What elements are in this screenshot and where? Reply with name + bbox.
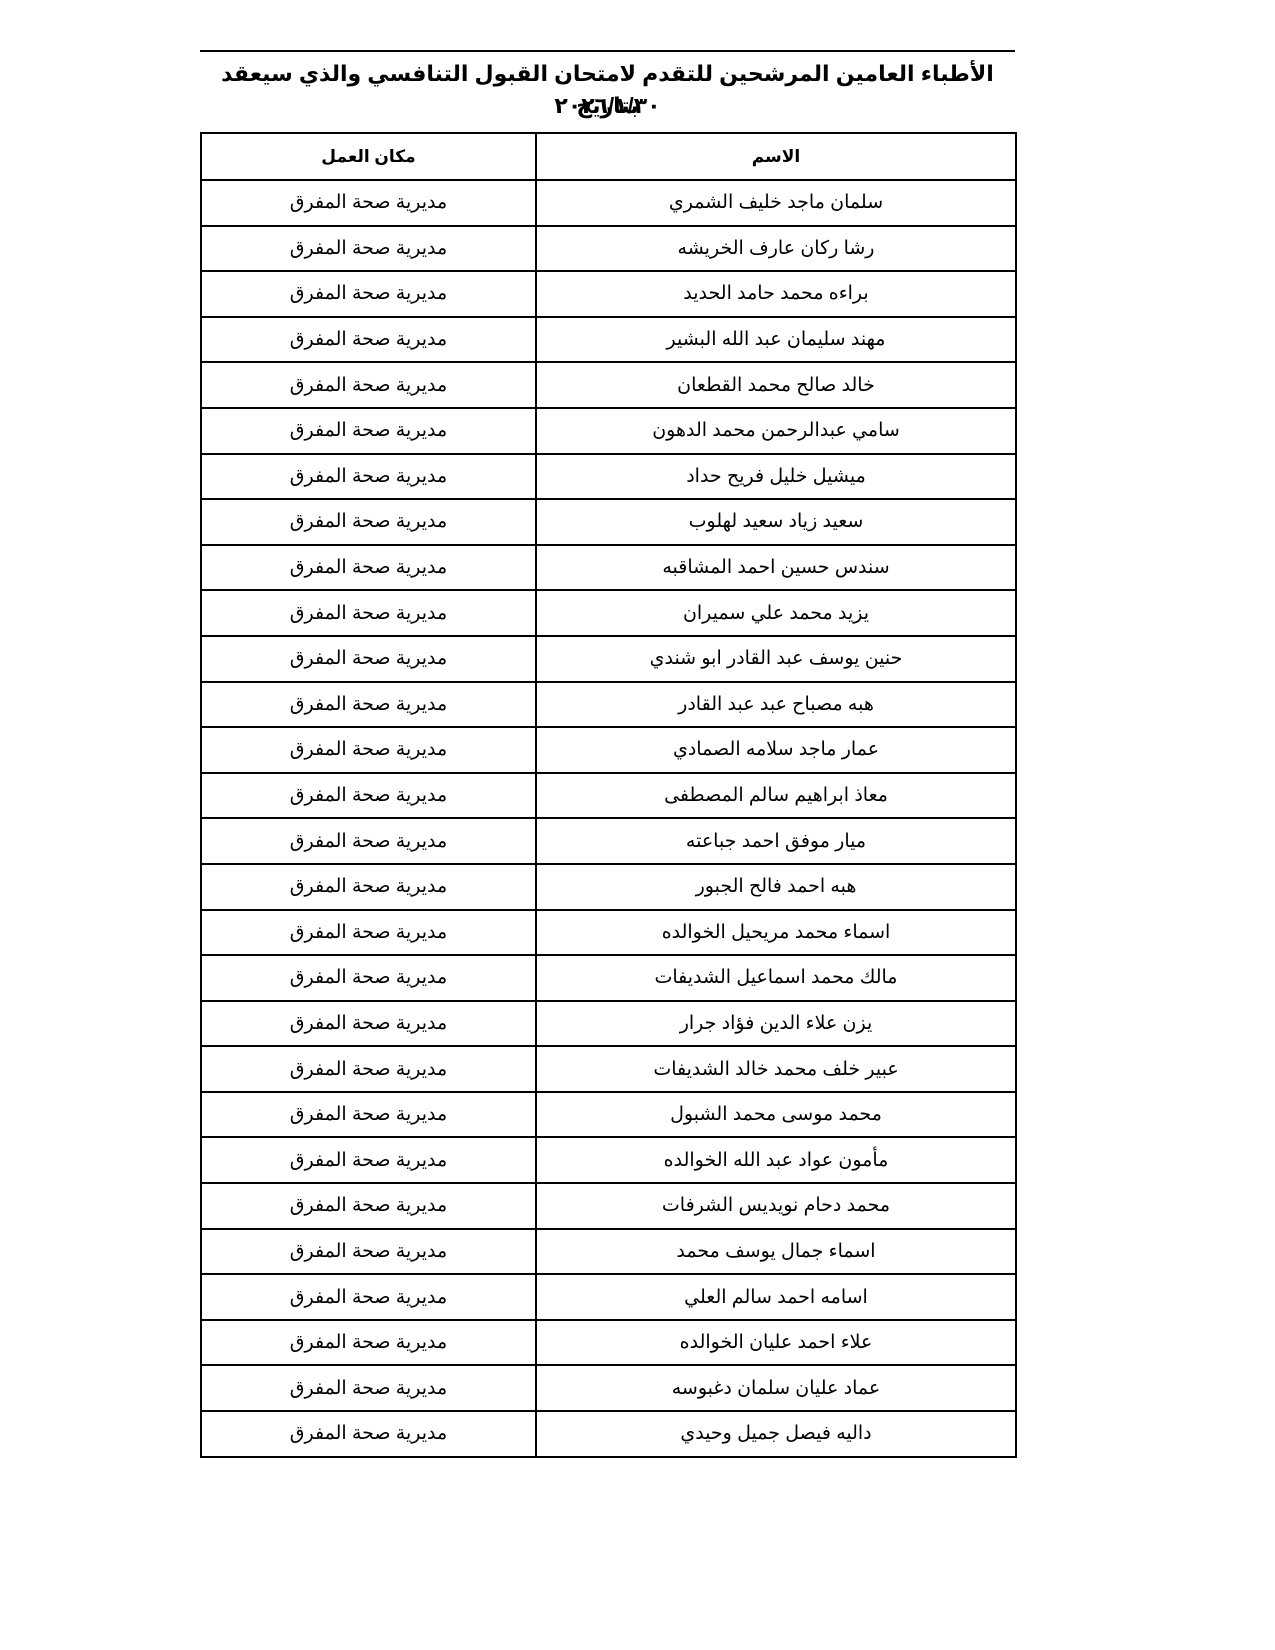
candidates-table: الاسم مكان العمل سلمان ماجد خليف الشمريم… <box>200 132 1017 1458</box>
cell-name: عماد عليان سلمان دغبوسه <box>536 1365 1016 1411</box>
cell-workplace: مديرية صحة المفرق <box>201 1046 536 1092</box>
document-title-date: ٢٠٢٦/١/٣٠ <box>200 90 1015 122</box>
table-row: اسامه احمد سالم العليمديرية صحة المفرق <box>201 1274 1016 1320</box>
cell-name: ميار موفق احمد جباعته <box>536 818 1016 864</box>
table-row: سامي عبدالرحمن محمد الدهونمديرية صحة الم… <box>201 408 1016 454</box>
cell-workplace: مديرية صحة المفرق <box>201 1274 536 1320</box>
cell-workplace: مديرية صحة المفرق <box>201 1411 536 1457</box>
cell-name: اسامه احمد سالم العلي <box>536 1274 1016 1320</box>
cell-name: رشا ركان عارف الخريشه <box>536 226 1016 272</box>
table-row: خالد صالح محمد القطعانمديرية صحة المفرق <box>201 362 1016 408</box>
cell-workplace: مديرية صحة المفرق <box>201 545 536 591</box>
cell-name: مالك محمد اسماعيل الشديفات <box>536 955 1016 1001</box>
cell-name: اسماء محمد مريحيل الخوالده <box>536 910 1016 956</box>
table-row: سلمان ماجد خليف الشمريمديرية صحة المفرق <box>201 180 1016 226</box>
table-row: ميار موفق احمد جباعتهمديرية صحة المفرق <box>201 818 1016 864</box>
cell-workplace: مديرية صحة المفرق <box>201 1137 536 1183</box>
table-row: اسماء جمال يوسف محمدمديرية صحة المفرق <box>201 1229 1016 1275</box>
table-row: يزن علاء الدين فؤاد جرارمديرية صحة المفر… <box>201 1001 1016 1047</box>
cell-workplace: مديرية صحة المفرق <box>201 682 536 728</box>
top-divider <box>200 50 1015 52</box>
cell-name: ميشيل خليل فريح حداد <box>536 454 1016 500</box>
cell-workplace: مديرية صحة المفرق <box>201 590 536 636</box>
table-row: مهند سليمان عبد الله البشيرمديرية صحة ال… <box>201 317 1016 363</box>
table-row: داليه فيصل جميل وحيديمديرية صحة المفرق <box>201 1411 1016 1457</box>
cell-workplace: مديرية صحة المفرق <box>201 636 536 682</box>
column-header-workplace: مكان العمل <box>201 133 536 180</box>
cell-name: خالد صالح محمد القطعان <box>536 362 1016 408</box>
table-row: سندس حسين احمد المشاقبهمديرية صحة المفرق <box>201 545 1016 591</box>
cell-name: يزن علاء الدين فؤاد جرار <box>536 1001 1016 1047</box>
table-row: محمد دحام نويديس الشرفاتمديرية صحة المفر… <box>201 1183 1016 1229</box>
cell-name: داليه فيصل جميل وحيدي <box>536 1411 1016 1457</box>
table-row: هبه مصباح عبد عبد القادرمديرية صحة المفر… <box>201 682 1016 728</box>
table-row: ميشيل خليل فريح حدادمديرية صحة المفرق <box>201 454 1016 500</box>
cell-name: محمد دحام نويديس الشرفات <box>536 1183 1016 1229</box>
cell-workplace: مديرية صحة المفرق <box>201 910 536 956</box>
table-row: يزيد محمد علي سميرانمديرية صحة المفرق <box>201 590 1016 636</box>
cell-workplace: مديرية صحة المفرق <box>201 1092 536 1138</box>
table-row: اسماء محمد مريحيل الخوالدهمديرية صحة الم… <box>201 910 1016 956</box>
cell-workplace: مديرية صحة المفرق <box>201 773 536 819</box>
table-row: عماد عليان سلمان دغبوسهمديرية صحة المفرق <box>201 1365 1016 1411</box>
cell-workplace: مديرية صحة المفرق <box>201 180 536 226</box>
table-row: سعيد زياد سعيد لهلوبمديرية صحة المفرق <box>201 499 1016 545</box>
table-header-row: الاسم مكان العمل <box>201 133 1016 180</box>
table-row: براءه محمد حامد الحديدمديرية صحة المفرق <box>201 271 1016 317</box>
cell-name: سعيد زياد سعيد لهلوب <box>536 499 1016 545</box>
cell-workplace: مديرية صحة المفرق <box>201 271 536 317</box>
cell-name: هبه احمد فالح الجبور <box>536 864 1016 910</box>
table-row: علاء احمد عليان الخوالدهمديرية صحة المفر… <box>201 1320 1016 1366</box>
cell-workplace: مديرية صحة المفرق <box>201 1365 536 1411</box>
cell-workplace: مديرية صحة المفرق <box>201 1001 536 1047</box>
cell-name: معاذ ابراهيم سالم المصطفى <box>536 773 1016 819</box>
table-row: معاذ ابراهيم سالم المصطفىمديرية صحة المف… <box>201 773 1016 819</box>
table-row: هبه احمد فالح الجبورمديرية صحة المفرق <box>201 864 1016 910</box>
cell-workplace: مديرية صحة المفرق <box>201 727 536 773</box>
cell-workplace: مديرية صحة المفرق <box>201 499 536 545</box>
cell-workplace: مديرية صحة المفرق <box>201 1320 536 1366</box>
cell-name: هبه مصباح عبد عبد القادر <box>536 682 1016 728</box>
cell-name: اسماء جمال يوسف محمد <box>536 1229 1016 1275</box>
cell-workplace: مديرية صحة المفرق <box>201 226 536 272</box>
table-row: حنين يوسف عبد القادر ابو شنديمديرية صحة … <box>201 636 1016 682</box>
table-row: مأمون عواد عبد الله الخوالدهمديرية صحة ا… <box>201 1137 1016 1183</box>
cell-workplace: مديرية صحة المفرق <box>201 408 536 454</box>
table-row: عمار ماجد سلامه الصماديمديرية صحة المفرق <box>201 727 1016 773</box>
table-row: رشا ركان عارف الخريشهمديرية صحة المفرق <box>201 226 1016 272</box>
cell-name: يزيد محمد علي سميران <box>536 590 1016 636</box>
table-row: مالك محمد اسماعيل الشديفاتمديرية صحة الم… <box>201 955 1016 1001</box>
cell-name: سلمان ماجد خليف الشمري <box>536 180 1016 226</box>
cell-name: مهند سليمان عبد الله البشير <box>536 317 1016 363</box>
cell-workplace: مديرية صحة المفرق <box>201 1183 536 1229</box>
cell-name: سندس حسين احمد المشاقبه <box>536 545 1016 591</box>
cell-name: عبير خلف محمد خالد الشديفات <box>536 1046 1016 1092</box>
cell-name: حنين يوسف عبد القادر ابو شندي <box>536 636 1016 682</box>
cell-name: براءه محمد حامد الحديد <box>536 271 1016 317</box>
cell-workplace: مديرية صحة المفرق <box>201 955 536 1001</box>
cell-name: علاء احمد عليان الخوالده <box>536 1320 1016 1366</box>
cell-workplace: مديرية صحة المفرق <box>201 864 536 910</box>
cell-name: سامي عبدالرحمن محمد الدهون <box>536 408 1016 454</box>
cell-name: عمار ماجد سلامه الصمادي <box>536 727 1016 773</box>
cell-workplace: مديرية صحة المفرق <box>201 1229 536 1275</box>
cell-workplace: مديرية صحة المفرق <box>201 454 536 500</box>
cell-workplace: مديرية صحة المفرق <box>201 818 536 864</box>
cell-workplace: مديرية صحة المفرق <box>201 362 536 408</box>
cell-name: مأمون عواد عبد الله الخوالده <box>536 1137 1016 1183</box>
table-row: عبير خلف محمد خالد الشديفاتمديرية صحة ال… <box>201 1046 1016 1092</box>
cell-name: محمد موسى محمد الشبول <box>536 1092 1016 1138</box>
column-header-name: الاسم <box>536 133 1016 180</box>
table-row: محمد موسى محمد الشبولمديرية صحة المفرق <box>201 1092 1016 1138</box>
cell-workplace: مديرية صحة المفرق <box>201 317 536 363</box>
